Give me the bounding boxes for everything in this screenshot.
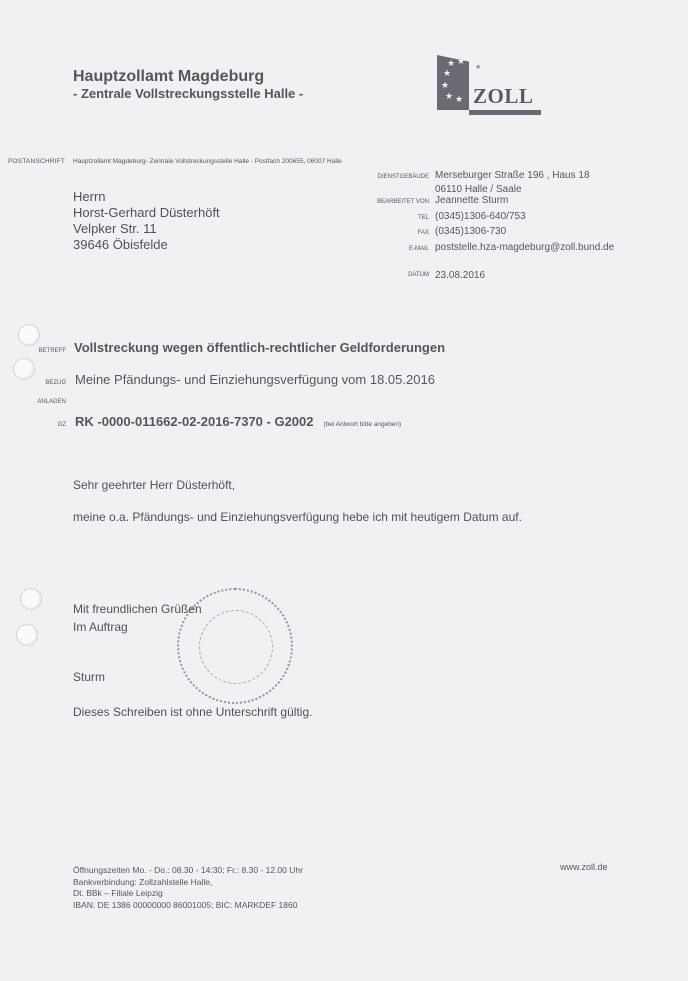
closing-greeting: Mit freundlichen Grüßen bbox=[73, 600, 202, 618]
betreff-label: BETREFF bbox=[0, 348, 66, 354]
info-value: Merseburger Straße 196 , Haus 18 bbox=[435, 170, 590, 184]
recipient-address: Herrn Horst-Gerhard Düsterhöft Velpker S… bbox=[73, 189, 220, 253]
sender-info: DIENSTGEBÄUDEMerseburger Straße 196 , Ha… bbox=[370, 170, 614, 255]
closing: Mit freundlichen Grüßen Im Auftrag bbox=[73, 600, 202, 636]
info-value: (0345)1306-640/753 bbox=[435, 211, 526, 225]
info-value: (0345)1306-730 bbox=[435, 226, 506, 240]
anlagen-label: ANLAGEN bbox=[0, 399, 66, 405]
footer-bank: Bankverbindung: Zollzahlstelle Halle, bbox=[73, 877, 303, 889]
gz-value: RK -0000-011662-02-2016-7370 - G2002 bbox=[66, 414, 314, 429]
organization-subtitle: - Zentrale Vollstreckungsstelle Halle - bbox=[73, 86, 303, 101]
betreff-row: BETREFF Vollstreckung wegen öffentlich-r… bbox=[0, 340, 445, 355]
email-value: poststelle.hza-magdeburg@zoll.bund.de bbox=[435, 242, 614, 256]
logo-text: ZOLL bbox=[473, 84, 533, 109]
footer-iban: IBAN: DE 1386 00000000 86001005; BIC: MA… bbox=[73, 900, 303, 912]
info-label: TEL bbox=[370, 211, 435, 225]
recipient-salutation: Herrn bbox=[73, 189, 220, 205]
info-label: E-MAIL bbox=[370, 242, 435, 256]
recipient-name: Horst-Gerhard Düsterhöft bbox=[73, 205, 220, 221]
anlagen-row: ANLAGEN bbox=[0, 399, 66, 405]
bezug-value: Meine Pfändungs- und Einziehungsverfügun… bbox=[66, 372, 435, 387]
logo-bar bbox=[469, 110, 541, 115]
info-label: DIENSTGEBÄUDE bbox=[370, 170, 435, 184]
info-label bbox=[370, 184, 435, 196]
organization-name: Hauptzollamt Magdeburg bbox=[73, 68, 264, 86]
body-paragraph: meine o.a. Pfändungs- und Einziehungsver… bbox=[73, 510, 522, 524]
info-value: Jeannette Sturm bbox=[435, 195, 508, 209]
gz-row: GZ RK -0000-011662-02-2016-7370 - G2002 … bbox=[0, 414, 401, 429]
info-label: BEARBEITET VON bbox=[370, 195, 435, 209]
recipient-city: 39646 Öbisfelde bbox=[73, 237, 220, 253]
footer-branch: Dt. BBk – Filiale Leipzig bbox=[73, 888, 303, 900]
footer-opening-hours: Öffnungszeiten Mo. - Do.: 08.30 - 14:30;… bbox=[73, 865, 303, 877]
stamp-eagle-icon bbox=[199, 610, 273, 684]
info-value: 06110 Halle / Saale bbox=[435, 184, 522, 196]
postanschrift-text: Hauptzollamt Magdeburg- Zentrale Vollstr… bbox=[73, 158, 342, 165]
gz-label: GZ bbox=[0, 422, 66, 428]
date-value: 23.08.2016 bbox=[435, 270, 485, 281]
betreff-value: Vollstreckung wegen öffentlich-rechtlich… bbox=[66, 340, 445, 355]
bezug-row: BEZUG Meine Pfändungs- und Einziehungsve… bbox=[0, 372, 435, 387]
recipient-street: Velpker Str. 11 bbox=[73, 221, 220, 237]
zoll-logo: ★ ★ ★ ★ ★ ★ ★ ZOLL bbox=[435, 55, 530, 117]
closing-on-behalf: Im Auftrag bbox=[73, 618, 202, 636]
punch-hole bbox=[20, 588, 42, 610]
signer-name: Sturm bbox=[73, 670, 105, 684]
date-label: DATUM bbox=[370, 270, 435, 281]
info-label: FAX bbox=[370, 226, 435, 240]
website-link[interactable]: www.zoll.de bbox=[560, 862, 608, 872]
validity-note: Dieses Schreiben ist ohne Unterschrift g… bbox=[73, 705, 312, 719]
bezug-label: BEZUG bbox=[0, 380, 66, 386]
postanschrift-label: POSTANSCHRIFT bbox=[8, 158, 65, 165]
gz-note: (bei Antwort bitte angeben) bbox=[314, 421, 402, 428]
footer-info: Öffnungszeiten Mo. - Do.: 08.30 - 14:30;… bbox=[73, 865, 303, 911]
punch-hole bbox=[16, 624, 38, 646]
date-row: DATUM 23.08.2016 bbox=[370, 270, 485, 281]
salutation: Sehr geehrter Herr Düsterhöft, bbox=[73, 478, 235, 492]
